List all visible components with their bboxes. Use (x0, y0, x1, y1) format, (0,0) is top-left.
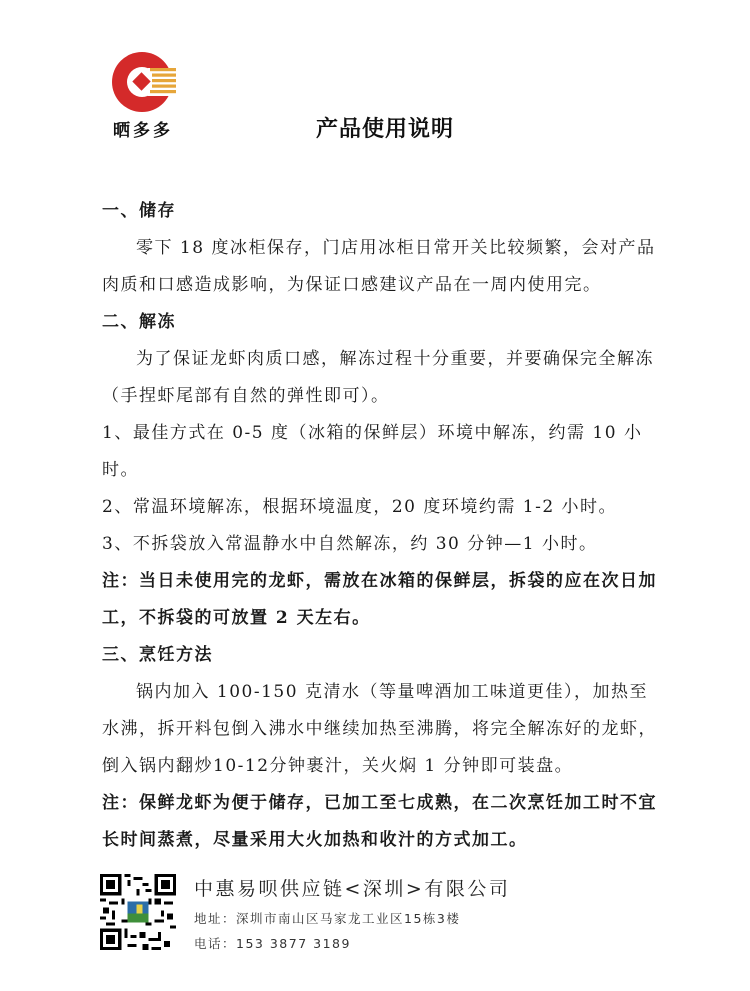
cooking-paragraph: 锅内加入 100-150 克清水（等量啤酒加工味道更佳），加热至水沸，拆开料包倒… (102, 674, 662, 785)
thawing-step-1: 1、最佳方式在 0-5 度（冰箱的保鲜层）环境中解冻，约需 10 小时。 (102, 415, 662, 489)
thawing-paragraph: 为了保证龙虾肉质口感，解冻过程十分重要，并要确保完全解冻（手捏虾尾部有自然的弹性… (102, 341, 662, 415)
section-heading-storage: 一、储存 (102, 193, 662, 230)
document-title: 产品使用说明 (0, 112, 750, 143)
thawing-step-3: 3、不拆袋放入常温静水中自然解冻，约 30 分钟—1 小时。 (102, 526, 662, 563)
qr-code-icon[interactable] (100, 874, 176, 950)
storage-paragraph: 零下 18 度冰柜保存，门店用冰柜日常开关比较频繁，会对产品肉质和口感造成影响，… (102, 230, 662, 304)
company-name: 中惠易呗供应链<深圳>有限公司 (194, 874, 510, 901)
thawing-step-2: 2、常温环境解冻，根据环境温度，20 度环境约需 1-2 小时。 (102, 489, 662, 526)
company-footer: 中惠易呗供应链<深圳>有限公司 地址：深圳市南山区马家龙工业区15栋3楼 电话：… (100, 874, 660, 954)
thawing-note: 注：当日未使用完的龙虾，需放在冰箱的保鲜层，拆袋的应在次日加工，不拆袋的可放置 … (102, 563, 662, 637)
document-body: 一、储存 零下 18 度冰柜保存，门店用冰柜日常开关比较频繁，会对产品肉质和口感… (102, 193, 662, 859)
brand-logo-icon (108, 50, 178, 114)
section-heading-thawing: 二、解冻 (102, 304, 662, 341)
company-phone: 电话：153 3877 3189 (194, 934, 351, 952)
cooking-note: 注：保鲜龙虾为便于储存，已加工至七成熟，在二次烹饪加工时不宜长时间蒸煮，尽量采用… (102, 785, 662, 859)
company-address: 地址：深圳市南山区马家龙工业区15栋3楼 (194, 909, 460, 927)
section-heading-cooking: 三、烹饪方法 (102, 637, 662, 674)
